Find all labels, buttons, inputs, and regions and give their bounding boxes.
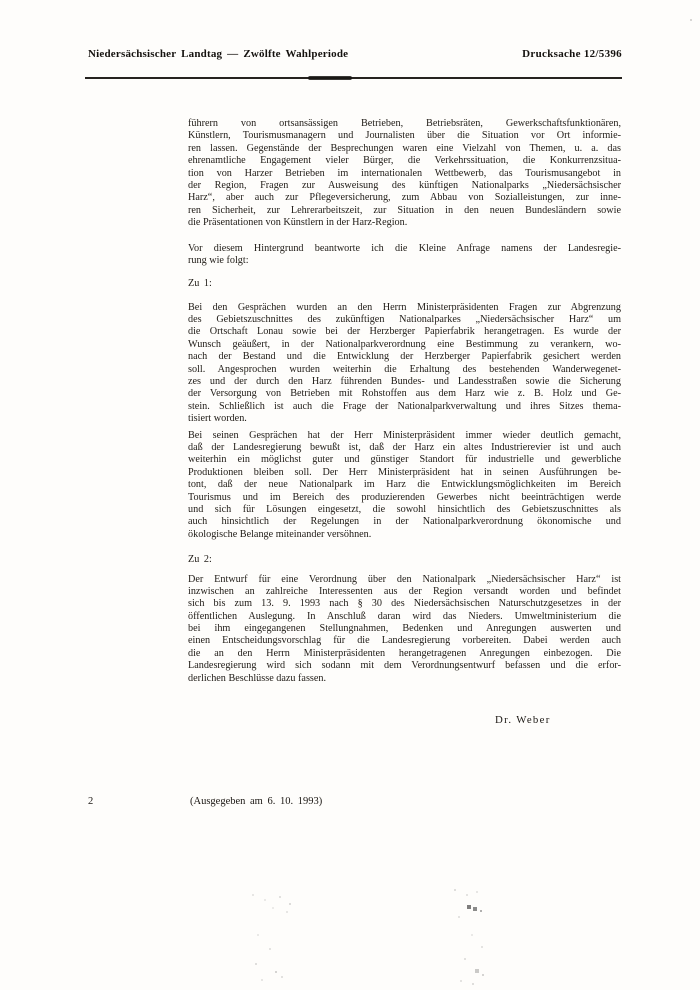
paragraph-line: Tourismus und im Bereich des produzieren… xyxy=(188,492,621,504)
paragraph-line: des Gebietszuschnittes des zukünftigen N… xyxy=(188,314,621,326)
page-number: 2 xyxy=(88,796,93,807)
paragraph-line: tont, daß der neue Nationalpark im Harz … xyxy=(188,479,621,491)
paragraph-line: ökologische Belange miteinander versöhne… xyxy=(188,529,621,541)
paragraph-line: inzwischen an zahlreiche Interessenten a… xyxy=(188,586,621,598)
paragraph-line: rung wie folgt: xyxy=(188,255,621,267)
paragraph-line: soll. Angesprochen wurden weiterhin die … xyxy=(188,364,621,376)
paragraph: Bei seinen Gesprächen hat der Herr Minis… xyxy=(188,430,621,542)
paragraph-line: nach der Bestand und die Entwicklung der… xyxy=(188,351,621,363)
scan-smudge xyxy=(308,76,352,80)
paragraph-line: tion von Harzer Betrieben im internation… xyxy=(188,168,621,180)
header-rule xyxy=(85,77,622,79)
paragraph-line: tisiert worden. xyxy=(188,413,621,425)
paragraph-line: die Ortschaft Lonau sowie bei der Herzbe… xyxy=(188,326,621,338)
paragraph-line: Künstlern, Tourismusmanagern und Journal… xyxy=(188,130,621,142)
paragraph-line: derlichen Beschlüsse dazu fassen. xyxy=(188,673,621,685)
paragraph-line: Vor diesem Hintergrund beantworte ich di… xyxy=(188,243,621,255)
issue-date-note: (Ausgegeben am 6. 10. 1993) xyxy=(190,796,322,807)
paragraph: führern von ortsansässigen Betrieben, Be… xyxy=(188,118,621,230)
paragraph-line: ehrenamtliche Engagement vieler Bürger, … xyxy=(188,155,621,167)
paragraph-line: Der Entwurf für eine Verordnung über den… xyxy=(188,574,621,586)
paragraph-line: ren Sicherheit, zur Lehrerarbeitszeit, z… xyxy=(188,205,621,217)
paragraph-line: Bei seinen Gesprächen hat der Herr Minis… xyxy=(188,430,621,442)
paragraph-line: einen Entscheidungsvorschlag für die Lan… xyxy=(188,635,621,647)
paragraph-line: der Region, Fragen zur Ausweisung des kü… xyxy=(188,180,621,192)
document-body: führern von ortsansässigen Betrieben, Be… xyxy=(188,118,621,685)
paragraph-line: sich bis zum 13. 9. 1993 nach § 30 des N… xyxy=(188,598,621,610)
paragraph-line: und sich für Lösungen eingesetzt, die so… xyxy=(188,504,621,516)
paragraph-line: öffentlichen Auslegung. In Anschluß dara… xyxy=(188,611,621,623)
signature: Dr. Weber xyxy=(495,714,551,726)
paragraph-line: Produktionen bleiben soll. Der Herr Mini… xyxy=(188,467,621,479)
scan-noise xyxy=(446,886,448,888)
scan-noise xyxy=(248,892,250,894)
paragraph-line: auch hinsichtlich der Regelungen in der … xyxy=(188,516,621,528)
paragraph: Der Entwurf für eine Verordnung über den… xyxy=(188,574,621,686)
header-title: Niedersächsischer Landtag — Zwölfte Wahl… xyxy=(88,48,348,60)
paragraph-line: daß der Landesregierung bewußt ist, daß … xyxy=(188,442,621,454)
paragraph: Vor diesem Hintergrund beantworte ich di… xyxy=(188,243,621,268)
header-document-number: Drucksache 12/5396 xyxy=(522,48,622,60)
paragraph-line: bei ihm eingegangenen Stellungnahmen, Be… xyxy=(188,623,621,635)
paragraph-line: Wunsch geäußert, in der Nationalparkvero… xyxy=(188,339,621,351)
paragraph-line: ren lassen. Gegenstände der Besprechunge… xyxy=(188,143,621,155)
paragraph-line: weiterhin ein möglichst guter und günsti… xyxy=(188,454,621,466)
paragraph-line: Bei den Gesprächen wurden an den Herrn M… xyxy=(188,302,621,314)
paragraph-line: stein. Schließlich ist auch die Frage de… xyxy=(188,401,621,413)
section-heading: Zu 1: xyxy=(188,278,621,290)
paragraph-line: zes und der durch den Harz führenden Bun… xyxy=(188,376,621,388)
scan-noise xyxy=(688,16,690,18)
document-page: Niedersächsischer Landtag — Zwölfte Wahl… xyxy=(0,0,700,990)
paragraph-line: die Präsentationen von Künstlern in der … xyxy=(188,217,621,229)
paragraph: Bei den Gesprächen wurden an den Herrn M… xyxy=(188,302,621,426)
paragraph-line: führern von ortsansässigen Betrieben, Be… xyxy=(188,118,621,130)
paragraph-line: Harz“, aber auch zur Pflegeversicherung,… xyxy=(188,192,621,204)
paragraph-line: die an den Herrn Ministerpräsidenten her… xyxy=(188,648,621,660)
section-heading: Zu 2: xyxy=(188,554,621,566)
paragraph-line: der Versorgung von Betrieben mit Rohstof… xyxy=(188,388,621,400)
paragraph-line: Landesregierung wird sich sodann mit dem… xyxy=(188,660,621,672)
